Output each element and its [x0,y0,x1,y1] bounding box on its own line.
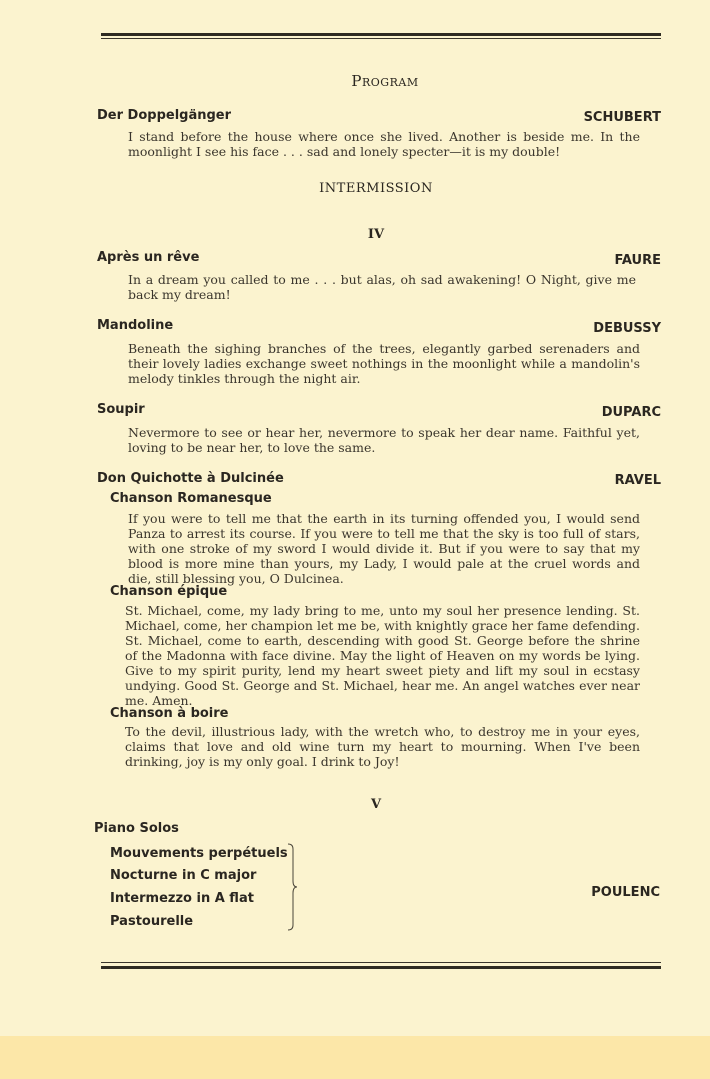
song-title-chanson-epique: Chanson épique [110,584,227,599]
bottom-double-rule [101,962,661,970]
section-v-numeral: V [0,797,710,812]
composer-debussy: DEBUSSY [593,321,661,336]
piano-piece-nocturne: Nocturne in C major [110,868,256,883]
description-chanson-a-boire: To the devil, illustrious lady, with the… [125,724,640,769]
song-title-chanson-romanesque: Chanson Romanesque [110,491,272,506]
description-chanson-epique: St. Michael, come, my lady bring to me, … [125,603,640,708]
piano-piece-intermezzo: Intermezzo in A flat [110,891,254,906]
description-mandoline: Beneath the sighing branches of the tree… [128,341,640,386]
top-double-rule [101,33,661,41]
piece-title-don-quichotte: Don Quichotte à Dulcinée [97,471,284,486]
page-title: Program [0,72,710,90]
piece-title-soupir: Soupir [97,402,145,417]
piece-title-mandoline: Mandoline [97,318,173,333]
song-title-chanson-a-boire: Chanson à boire [110,706,229,721]
piece-title-doppelganger: Der Doppelgänger [97,108,231,123]
composer-ravel: RAVEL [615,473,661,488]
section-iv-numeral: IV [0,227,710,242]
composer-faure: FAURE [615,253,662,268]
group-title-piano-solos: Piano Solos [94,821,179,836]
piano-piece-mouvements-perpetuels: Mouvements perpétuels [110,846,288,861]
description-soupir: Nevermore to see or hear her, nevermore … [128,425,640,455]
intermission-label: INTERMISSION [0,181,710,196]
page-bottom-edge [0,1036,710,1079]
composer-poulenc: POULENC [591,885,660,900]
composer-duparc: DUPARC [602,405,661,420]
description-apres-un-reve: In a dream you called to me . . . but al… [128,272,636,302]
piano-piece-pastourelle: Pastourelle [110,914,193,929]
composer-schubert: SCHUBERT [584,110,661,125]
piece-title-apres-un-reve: Après un rêve [97,250,199,265]
description-doppelganger: I stand before the house where once she … [128,129,640,159]
description-chanson-romanesque: If you were to tell me that the earth in… [128,511,640,586]
right-brace-icon [286,843,300,931]
